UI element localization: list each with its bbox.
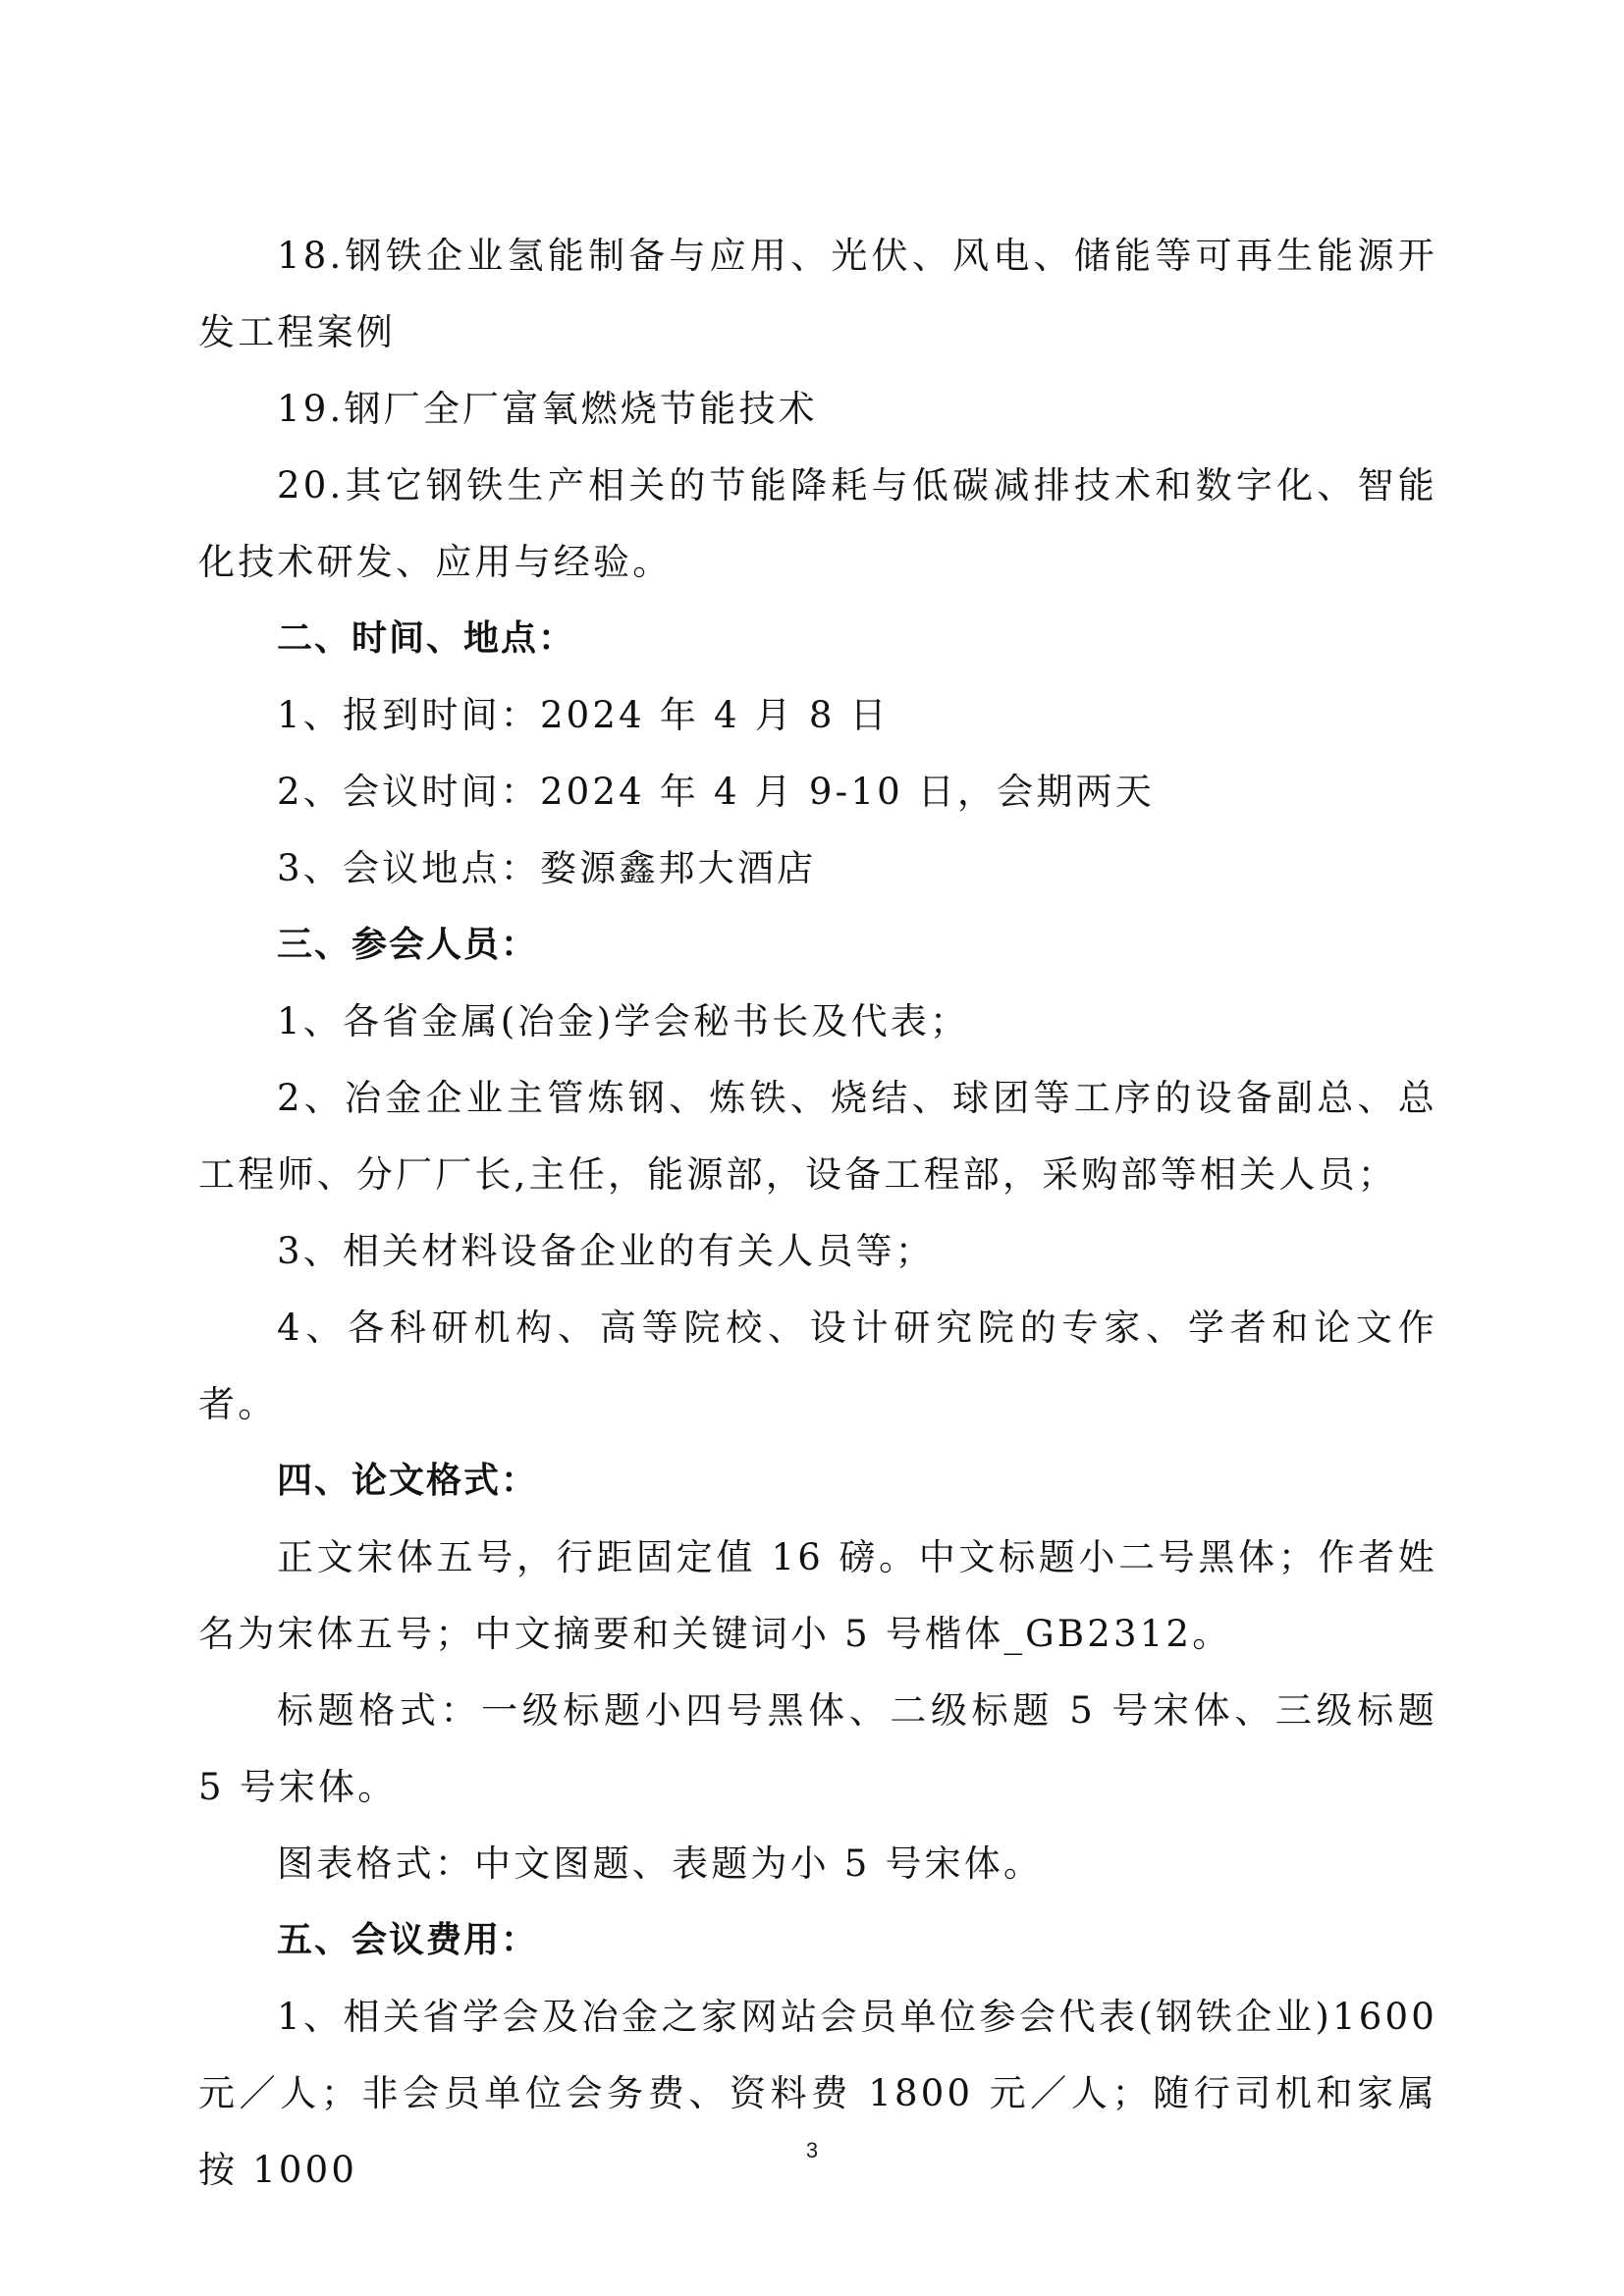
meeting-location: 3、会议地点：婺源鑫邦大酒店: [198, 830, 1437, 907]
topic-item-20: 20.其它钢铁生产相关的节能降耗与低碳减排技术和数字化、智能化技术研发、应用与经…: [198, 448, 1437, 601]
format-body-text: 正文宋体五号，行距固定值 16 磅。中文标题小二号黑体；作者姓名为宋体五号；中文…: [198, 1520, 1437, 1673]
page-number: 3: [0, 2138, 1624, 2163]
topic-text: 钢厂全厂富氧燃烧节能技术: [344, 388, 817, 430]
section-heading-paper-format: 四、论文格式：: [198, 1443, 1437, 1520]
topic-item-18: 18.钢铁企业氢能制备与应用、光伏、风电、储能等可再生能源开发工程案例: [198, 218, 1437, 371]
attendee-item: 4、各科研机构、高等院校、设计研究院的专家、学者和论文作者。: [198, 1290, 1437, 1443]
meeting-time: 2、会议时间：2024 年 4 月 9-10 日，会期两天: [198, 754, 1437, 830]
section-heading-attendees: 三、参会人员：: [198, 907, 1437, 984]
document-page: 18.钢铁企业氢能制备与应用、光伏、风电、储能等可再生能源开发工程案例 19.钢…: [198, 218, 1437, 2209]
registration-time: 1、报到时间：2024 年 4 月 8 日: [198, 677, 1437, 754]
format-headings: 标题格式：一级标题小四号黑体、二级标题 5 号宋体、三级标题 5 号宋体。: [198, 1673, 1437, 1826]
attendee-item: 3、相关材料设备企业的有关人员等；: [198, 1213, 1437, 1290]
attendee-item: 2、冶金企业主管炼钢、炼铁、烧结、球团等工序的设备副总、总工程师、分厂厂长,主任…: [198, 1060, 1437, 1213]
section-heading-time-location: 二、时间、地点：: [198, 601, 1437, 677]
attendee-item: 1、各省金属(冶金)学会秘书长及代表；: [198, 984, 1437, 1060]
section-heading-fees: 五、会议费用：: [198, 1902, 1437, 1979]
fee-item: 1、相关省学会及冶金之家网站会员单位参会代表(钢铁企业)1600 元／人；非会员…: [198, 1979, 1437, 2209]
format-figures-tables: 图表格式：中文图题、表题为小 5 号宋体。: [198, 1826, 1437, 1902]
topic-item-19: 19.钢厂全厂富氧燃烧节能技术: [198, 371, 1437, 448]
topic-number: 18.: [277, 235, 344, 277]
topic-text: 其它钢铁生产相关的节能降耗与低碳减排技术和数字化、智能化技术研发、应用与经验。: [198, 464, 1437, 583]
topic-number: 20.: [277, 464, 344, 507]
topic-number: 19.: [277, 388, 344, 430]
topic-text: 钢铁企业氢能制备与应用、光伏、风电、储能等可再生能源开发工程案例: [198, 235, 1437, 353]
